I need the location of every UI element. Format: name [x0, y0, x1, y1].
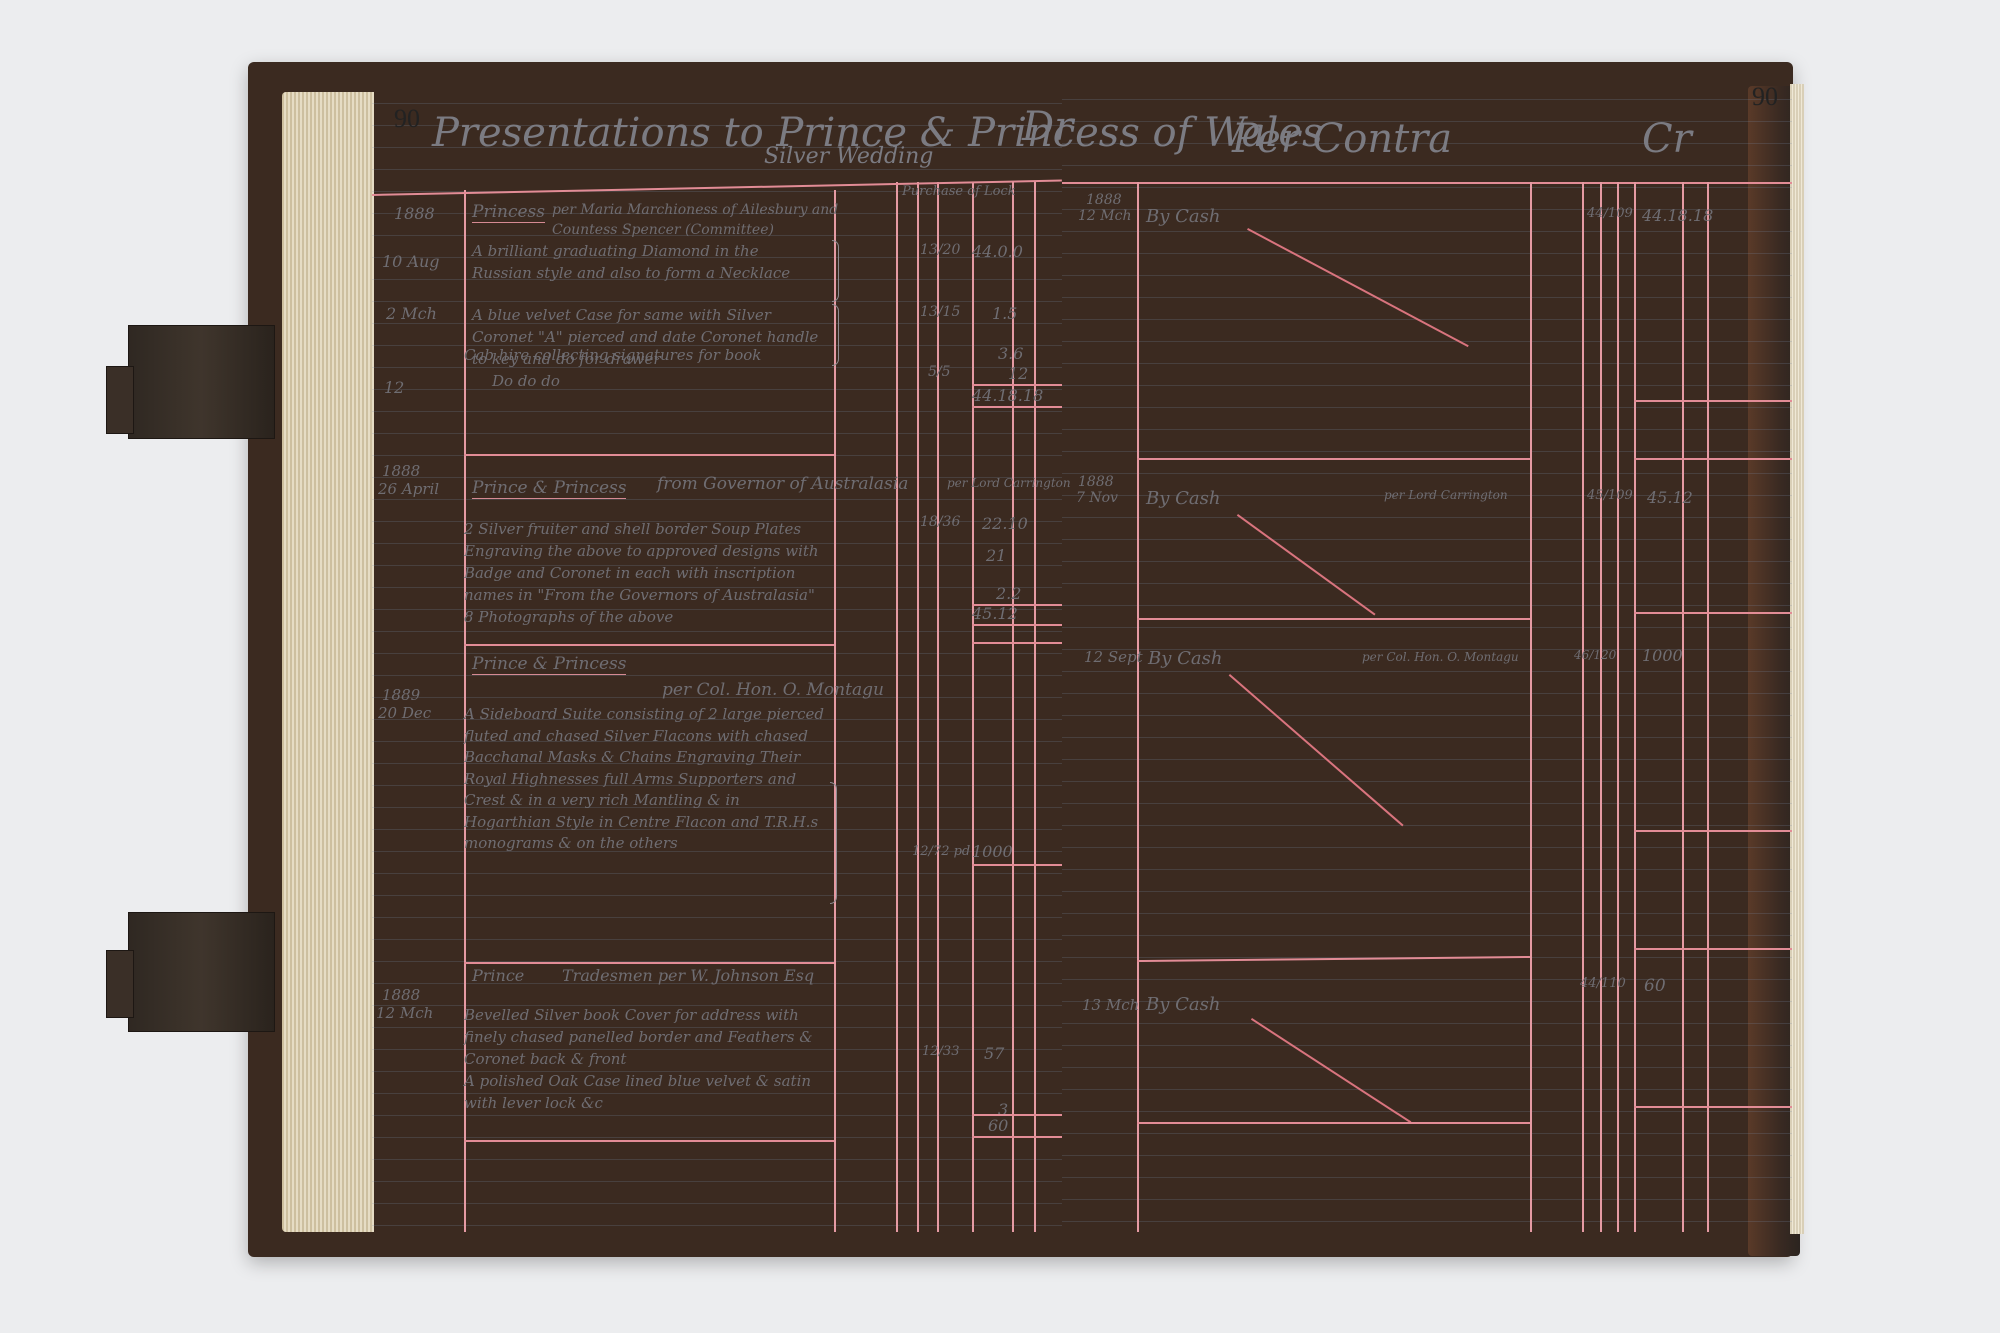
credit-3-folio: 46/120 [1574, 648, 1616, 662]
entry-1-line-1-amount: 44.0.0 [972, 242, 1023, 261]
entry-1-line-2-date: 2 Mch [386, 304, 437, 323]
credit-3-amount: 1000 [1642, 646, 1683, 665]
credit-1-text: By Cash [1146, 206, 1220, 227]
entry-1-year: 1888 [394, 204, 435, 223]
credit-1-folio: 44/109 [1587, 206, 1633, 221]
entry-3-line-1-cost: 12/72 pd [912, 844, 970, 859]
credit-2-amount: 45.12 [1647, 488, 1693, 507]
credit-1-year: 1888 [1086, 192, 1122, 208]
entry-3-year: 1889 [382, 686, 420, 704]
credit-2-folio: 45/109 [1587, 488, 1633, 503]
entry-2-header-note: from Governor of Australasia [657, 474, 908, 494]
book-clasp-bottom-tab [106, 950, 134, 1018]
entry-1-line-3-amount: 3.6 [998, 344, 1023, 363]
credit-mark: Cr [1642, 116, 1692, 162]
page-subtitle: Silver Wedding [764, 144, 933, 169]
entry-3-line-1-text: A Sideboard Suite consisting of 2 large … [464, 704, 829, 855]
entry-2-year: 1888 [382, 462, 420, 480]
entry-3-date: 20 Dec [378, 704, 431, 722]
page-number-left: 90 [394, 104, 420, 134]
entry-2-date: 26 April [378, 480, 439, 498]
entry-1-total: 44.18.18 [972, 386, 1043, 405]
credit-4-text: By Cash [1146, 994, 1220, 1015]
entry-4-line-1-text: Bevelled Silver book Cover for address w… [464, 1004, 824, 1070]
page-edges-left [282, 92, 374, 1232]
entry-1-line-2-amount: 1.5 [992, 304, 1017, 323]
entry-1-line-1-date: 10 Aug [382, 252, 440, 271]
entry-4-header: Prince [472, 966, 524, 985]
entry-2-line-2-amount: 21 [986, 546, 1006, 565]
credit-4-folio: 44/110 [1580, 976, 1626, 991]
entry-4-line-2-text: A polished Oak Case lined blue velvet & … [464, 1070, 824, 1114]
entry-2-header-right: per Lord Carrington [947, 476, 1071, 490]
entry-1-header: Princess [472, 202, 545, 223]
credit-2-text: By Cash [1146, 488, 1220, 509]
entry-2-line-1-cost: 18/36 [920, 514, 960, 530]
entry-2-line-1-amount: 22.10 [982, 514, 1028, 533]
entry-3-header: Prince & Princess [472, 654, 626, 675]
credit-2-year: 1888 [1078, 474, 1114, 490]
book-clasp-bottom [128, 912, 275, 1032]
entry-2-total: 45.12 [972, 604, 1018, 623]
entry-1-line-3-text: Cab hire collecting signatures for book [464, 344, 761, 366]
page-number-right: 90 [1752, 82, 1778, 112]
credit-4-date: 13 Mch [1082, 996, 1139, 1014]
credit-2-date: 7 Nov [1076, 490, 1118, 506]
ledger-page-left: 90 Presentations to Prince & Princess of… [372, 82, 1062, 1232]
credit-4-amount: 60 [1644, 976, 1666, 996]
entry-1-line-4-cost: 5/5 [928, 364, 951, 380]
credit-3-date: 12 Sept [1084, 648, 1143, 666]
ledger-page-right: 90 Per Contra Cr 1888 12 Mch By Cash 44/… [1062, 78, 1792, 1232]
entry-2-line-1-text: 2 Silver fruiter and shell border Soup P… [464, 518, 801, 540]
page-title-right: Per Contra [1232, 116, 1452, 162]
entry-4-line-1-cost: 12/33 [922, 1044, 959, 1059]
entry-1-line-1-cost: 13/20 [920, 242, 960, 258]
entry-1-line-4-amount: 12 [1008, 364, 1028, 383]
entry-4-total: 60 [988, 1116, 1008, 1135]
entry-3-line-1-amount: 1000 [972, 842, 1013, 861]
credit-1-date: 12 Mch [1078, 208, 1131, 224]
entry-2-line-3-amount: 2.2 [996, 584, 1021, 603]
entry-4-header-note: Tradesmen per W. Johnson Esq [562, 966, 814, 985]
entry-1-header-right: Purchase of Lock [902, 184, 1016, 199]
book-clasp-top-tab [106, 366, 134, 434]
entry-2-header: Prince & Princess [472, 478, 626, 499]
entry-1-line-4-date: 12 [384, 378, 404, 397]
credit-2-note: per Lord Carrington [1384, 488, 1508, 502]
book-clasp-top [128, 325, 275, 439]
credit-3-text: By Cash [1148, 648, 1222, 669]
entry-2-line-3-text: 8 Photographs of the above [464, 606, 673, 628]
entry-4-year: 1888 [382, 986, 420, 1004]
entry-3-header-note: per Col. Hon. O. Montagu [662, 680, 884, 700]
entry-1-header-note: per Maria Marchioness of Ailesbury and C… [552, 200, 882, 240]
page-edges-right [1790, 84, 1804, 1234]
entry-4-date: 12 Mch [376, 1004, 433, 1022]
entry-4-line-1-amount: 57 [984, 1044, 1004, 1063]
entry-1-line-4-text: Do do do [492, 370, 560, 392]
entry-1-line-2-cost: 13/15 [920, 304, 960, 320]
entry-1-line-1-text: A brilliant graduating Diamond in the Ru… [472, 240, 822, 284]
credit-1-amount: 44.18.18 [1642, 206, 1713, 225]
entry-2-line-2-text: Engraving the above to approved designs … [464, 540, 824, 606]
credit-3-note: per Col. Hon. O. Montagu [1362, 650, 1519, 664]
